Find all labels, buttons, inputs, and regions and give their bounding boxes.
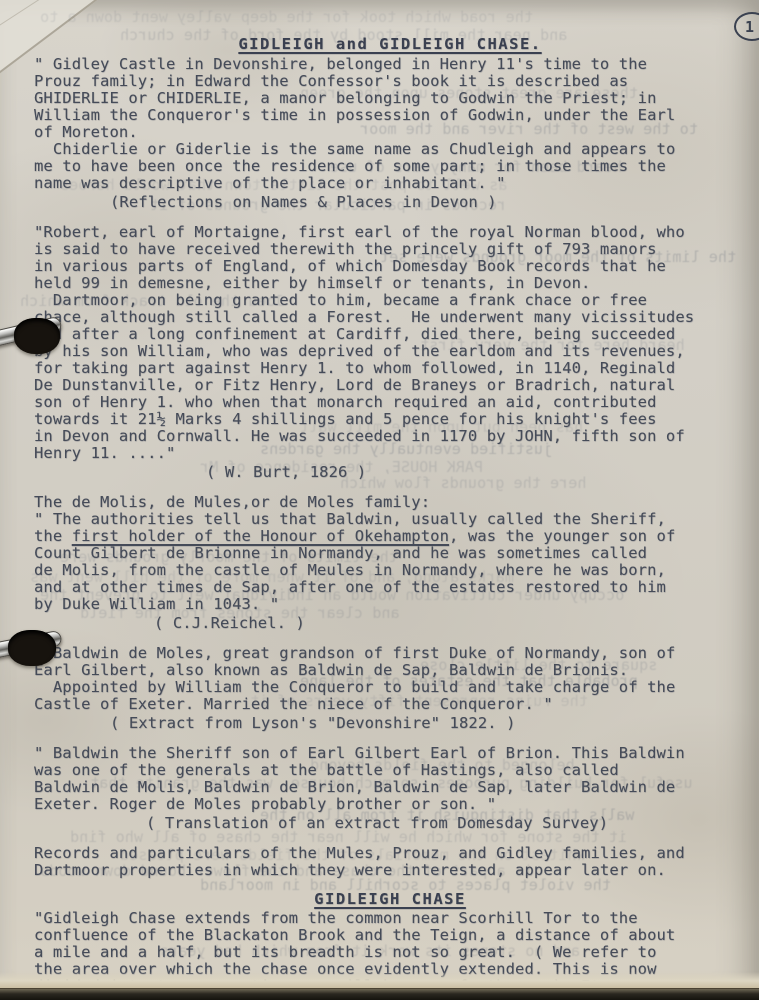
doc-attribution: ( Extract from Lyson's "Devonshire" 1822… — [34, 715, 746, 732]
document-text: GIDLEIGH and GIDLEIGH CHASE. " Gidley Ca… — [34, 36, 746, 995]
doc-paragraph: The de Molis, de Mules,or de Moles famil… — [34, 494, 746, 511]
punch-hole-icon — [14, 318, 60, 354]
page-number: 1 — [745, 18, 754, 36]
doc-attribution: ( Translation of an extract from Domesda… — [34, 815, 746, 832]
doc-attribution: ( W. Burt, 1826 ) — [34, 464, 746, 481]
page-bottom-edge — [0, 974, 759, 1000]
doc-attribution: (Reflections on Names & Places in Devon … — [34, 194, 746, 211]
doc-paragraph: " The authorities tell us that Baldwin, … — [34, 511, 746, 613]
doc-paragraph: " Baldwin the Sheriff son of Earl Gilber… — [34, 745, 746, 813]
doc-paragraph: Chiderlie or Giderlie is the same name a… — [34, 141, 746, 192]
doc-text-underlined: first holder of the Honour of Okehampton — [72, 527, 449, 545]
sheet-edge — [0, 972, 759, 990]
bleed-through-text: the road which took for the deep valley … — [40, 8, 533, 26]
doc-paragraph: " Gidley Castle in Devonshire, belonged … — [34, 56, 746, 141]
page-title: GIDLEIGH and GIDLEIGH CHASE. — [34, 36, 746, 53]
doc-paragraph: "Robert, earl of Mortaigne, first earl o… — [34, 224, 746, 292]
surface-below — [0, 989, 759, 1000]
section-heading: GIDLEIGH CHASE — [34, 891, 746, 908]
scanned-page: the road which took for the deep valley … — [0, 0, 759, 1000]
doc-paragraph: " Baldwin de Moles, great grandson of fi… — [34, 645, 746, 679]
doc-paragraph: Appointed by William the Conqueror to bu… — [34, 679, 746, 713]
doc-paragraph: Dartmoor, on being granted to him, becam… — [34, 292, 746, 462]
doc-paragraph: Records and particulars of the Mules, Pr… — [34, 845, 746, 879]
punch-hole-icon — [8, 630, 56, 666]
doc-attribution: ( C.J.Reichel. ) — [34, 615, 746, 632]
